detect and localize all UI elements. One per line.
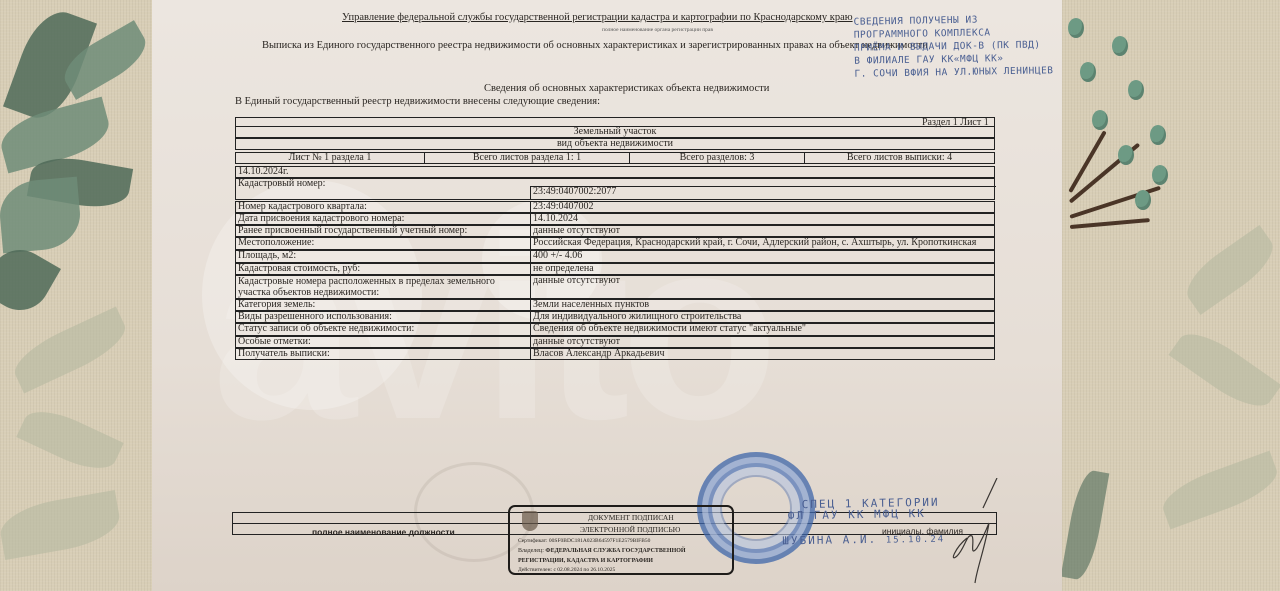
leaf-decoration [0, 490, 123, 560]
cadastral-number-row: Кадастровый номер: 23:49:0407002:2077 [235, 178, 995, 200]
field-value: данные отсутствуют [530, 276, 996, 298]
field-label-line: участка объектов недвижимости: [238, 287, 530, 298]
cadastral-number-value: 23:49:0407002:2077 [530, 186, 996, 199]
bud-decoration [1092, 110, 1108, 130]
field-row: Площадь, м2:400 +/- 4.06 [235, 250, 995, 263]
field-label: Ранее присвоенный государственный учетны… [236, 226, 530, 236]
bud-decoration [1150, 125, 1166, 145]
field-row: Номер кадастрового квартала:23:49:040700… [235, 201, 995, 213]
leaf-decoration [1168, 322, 1280, 418]
field-label: Кадастровая стоимость, руб: [236, 264, 530, 274]
leaf-decoration [7, 307, 133, 394]
field-value: Сведения об объекте недвижимости имеют с… [530, 324, 996, 335]
organization-title: Управление федеральной службы государств… [342, 12, 853, 23]
extract-date: 14.10.2024г. [236, 167, 994, 177]
document-page: avito Управление федеральной службы госу… [152, 0, 1062, 591]
object-type-row: Земельный участок [235, 126, 995, 138]
field-label: Получатель выписки: [236, 349, 530, 359]
field-label: Статус записи об объекте недвижимости: [236, 324, 530, 335]
field-label: Местоположение: [236, 238, 530, 249]
field-label: Номер кадастрового квартала: [236, 202, 530, 212]
extract-title: Выписка из Единого государственного реес… [262, 40, 928, 51]
field-label: Категория земель: [236, 300, 530, 310]
position-caption: полное наименование должности [312, 527, 455, 537]
handwritten-signature [947, 478, 1007, 588]
field-label-line: Кадастровые номера расположенных в преде… [238, 276, 530, 287]
esig-validity: Действителен: с 02.08.2024 по 26.10.2025 [518, 567, 615, 573]
field-value: 400 +/- 4.06 [530, 251, 996, 262]
bud-decoration [1152, 165, 1168, 185]
field-value: данные отсутствуют [530, 226, 996, 236]
extract-sheets-total: Всего листов выписки: 4 [804, 153, 994, 163]
emblem-icon [522, 511, 538, 531]
specialist-stamp-line: ФЛ ГАУ КК МФЦ КК [782, 508, 945, 522]
date-row: 14.10.2024г. [235, 166, 995, 178]
e-signature-box: ДОКУМЕНТ ПОДПИСАН ЭЛЕКТРОННОЙ ПОДПИСЬЮ С… [508, 505, 734, 575]
esig-certificate: Сертификат: 00SF0BDC181A023B64597F1E2579… [518, 538, 650, 544]
sections-total: Всего разделов: 3 [629, 153, 804, 163]
field-value: Для индивидуального жилищного строительс… [530, 312, 996, 322]
field-value: данные отсутствуют [530, 337, 996, 347]
leaf-decoration [1178, 225, 1280, 315]
specialist-stamp-name: ШУБИНА А.И. 15.10.24 [782, 533, 945, 549]
field-row: Кадастровая стоимость, руб:не определена [235, 263, 995, 275]
field-row: Особые отметки:данные отсутствуют [235, 336, 995, 348]
bud-decoration [1128, 80, 1144, 100]
object-type-caption: вид объекта недвижимости [236, 139, 994, 149]
field-row: Статус записи об объекте недвижимости:Св… [235, 323, 995, 336]
organization-caption: полное наименование органа регистрации п… [602, 27, 713, 33]
sheet-info-row: Лист № 1 раздела 1 Всего листов раздела … [235, 152, 995, 164]
esig-title-1: ДОКУМЕНТ ПОДПИСАН [588, 513, 674, 522]
field-row: Местоположение:Российская Федерация, Кра… [235, 237, 995, 250]
field-row: Категория земель:Земли населенных пункто… [235, 299, 995, 311]
leaf-decoration [0, 177, 83, 254]
bud-decoration [1112, 36, 1128, 56]
field-label: Виды разрешенного использования: [236, 312, 530, 322]
esig-title-2: ЭЛЕКТРОННОЙ ПОДПИСЬЮ [580, 525, 680, 534]
object-type-caption-row: вид объекта недвижимости [235, 138, 995, 150]
field-row: Получатель выписки:Власов Александр Арка… [235, 348, 995, 360]
bud-decoration [1068, 18, 1084, 38]
section-sheets-total: Всего листов раздела 1: 1 [424, 153, 629, 163]
sheet-number: Лист № 1 раздела 1 [236, 153, 424, 163]
leaf-decoration [16, 401, 124, 480]
object-type: Земельный участок [236, 127, 994, 137]
field-label: Площадь, м2: [236, 251, 530, 262]
field-row: Дата присвоения кадастрового номера:14.1… [235, 213, 995, 225]
bud-decoration [1080, 62, 1096, 82]
field-value: Российская Федерация, Краснодарский край… [530, 238, 996, 249]
stem-decoration [1070, 218, 1150, 229]
field-value: 14.10.2024 [530, 214, 996, 224]
mfc-stamp-line: Г. СОЧИ ВФИЯ НА УЛ.ЮНЫХ ЛЕНИНЦЕВ [854, 64, 1053, 80]
esig-owner-2: РЕГИСТРАЦИИ, КАДАСТРА И КАРТОГРАФИИ [518, 558, 653, 564]
specialist-stamp: СПЕЦ 1 КАТЕГОРИИ ФЛ ГАУ КК МФЦ КК ШУБИНА… [782, 497, 946, 549]
field-row: Кадастровые номера расположенных в преде… [235, 275, 995, 299]
field-row: Виды разрешенного использования:Для инди… [235, 311, 995, 323]
field-value: Земли населенных пунктов [530, 300, 996, 310]
leaf-decoration [1061, 468, 1110, 582]
bud-decoration [1118, 145, 1134, 165]
field-value: Власов Александр Аркадьевич [530, 349, 996, 359]
field-value: не определена [530, 264, 996, 274]
field-value: 23:49:0407002 [530, 202, 996, 212]
field-label: Кадастровый номер: [236, 179, 530, 199]
field-label: Кадастровые номера расположенных в преде… [236, 276, 530, 298]
bud-decoration [1135, 190, 1151, 210]
mfc-stamp: СВЕДЕНИЯ ПОЛУЧЕНЫ ИЗ ПРОГРАММНОГО КОМПЛЕ… [853, 12, 1053, 80]
intro-text: В Единый государственный реестр недвижим… [235, 96, 600, 107]
field-label: Дата присвоения кадастрового номера: [236, 214, 530, 224]
esig-owner: Владелец: ФЕДЕРАЛЬНАЯ СЛУЖБА ГОСУДАРСТВЕ… [518, 548, 686, 554]
field-row: Ранее присвоенный государственный учетны… [235, 225, 995, 237]
leaf-decoration [1157, 451, 1280, 530]
field-label: Особые отметки: [236, 337, 530, 347]
section-title: Сведения об основных характеристиках объ… [484, 83, 769, 94]
leaf-decoration [0, 239, 61, 321]
